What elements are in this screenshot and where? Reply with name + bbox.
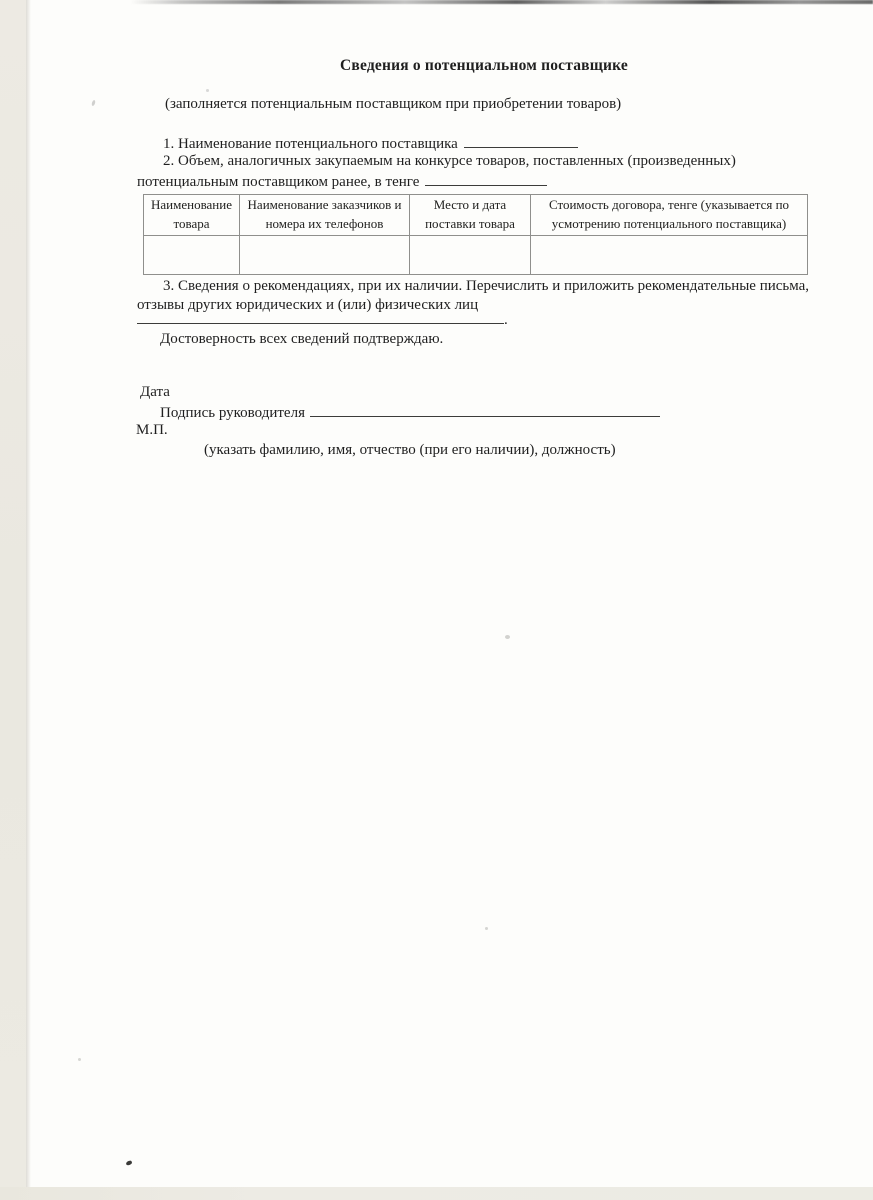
table-row (144, 235, 808, 274)
header-place-date: Место и дата поставки товара (410, 195, 531, 236)
scan-speck (485, 927, 488, 930)
date-label: Дата (140, 383, 170, 402)
document-title: Сведения о потенциальном поставщике (340, 56, 628, 75)
recommendations-blank (137, 309, 504, 324)
table-cell-empty (531, 235, 808, 274)
signature-row: Подпись руководителя (160, 402, 660, 423)
scan-speck (125, 1160, 132, 1166)
scan-speck (91, 100, 96, 107)
prior-supplies-table: Наименование товара Наименование заказчи… (143, 194, 808, 275)
scan-speck (206, 89, 209, 92)
scanner-bottom-strip (0, 1187, 873, 1200)
seal-label: М.П. (136, 421, 168, 440)
item-2-line-2: потенциальным поставщиком ранее, в тенге (137, 174, 419, 190)
signature-label: Подпись руководителя (160, 405, 305, 421)
scanner-edge-strip (0, 0, 26, 1200)
scan-speck (505, 635, 510, 639)
table-cell-empty (240, 235, 410, 274)
document-subtitle: (заполняется потенциальным поставщиком п… (165, 95, 621, 114)
volume-tenge-blank (425, 171, 547, 186)
scan-top-artifact (130, 0, 873, 4)
header-goods-name: Наименование товара (144, 195, 240, 236)
recommendations-blank-row: . (137, 309, 508, 330)
item-2-line-1: 2. Объем, аналогичных закупаемым на конк… (163, 152, 736, 171)
page-left-shadow (26, 0, 31, 1200)
signature-note: (указать фамилию, имя, отчество (при его… (204, 441, 616, 460)
item-3-line-1: 3. Сведения о рекомендациях, при их нали… (163, 277, 809, 296)
header-contract-cost: Стоимость договора, тенге (указывается п… (531, 195, 808, 236)
table-cell-empty (144, 235, 240, 274)
scanned-document-page: Сведения о потенциальном поставщике (зап… (0, 0, 873, 1200)
supplier-name-blank (464, 133, 578, 148)
signature-blank (310, 402, 660, 417)
item-2-line-2-row: потенциальным поставщиком ранее, в тенге (137, 171, 547, 192)
item-1-row: 1. Наименование потенциального поставщик… (163, 133, 578, 154)
table-cell-empty (410, 235, 531, 274)
table-header-row: Наименование товара Наименование заказчи… (144, 195, 808, 236)
confirmation-statement: Достоверность всех сведений подтверждаю. (160, 330, 443, 349)
scan-speck (78, 1058, 81, 1061)
header-customers-phones: Наименование заказчиков и номера их теле… (240, 195, 410, 236)
blank-suffix-period: . (504, 312, 508, 328)
item-1-label: 1. Наименование потенциального поставщик… (163, 136, 458, 152)
